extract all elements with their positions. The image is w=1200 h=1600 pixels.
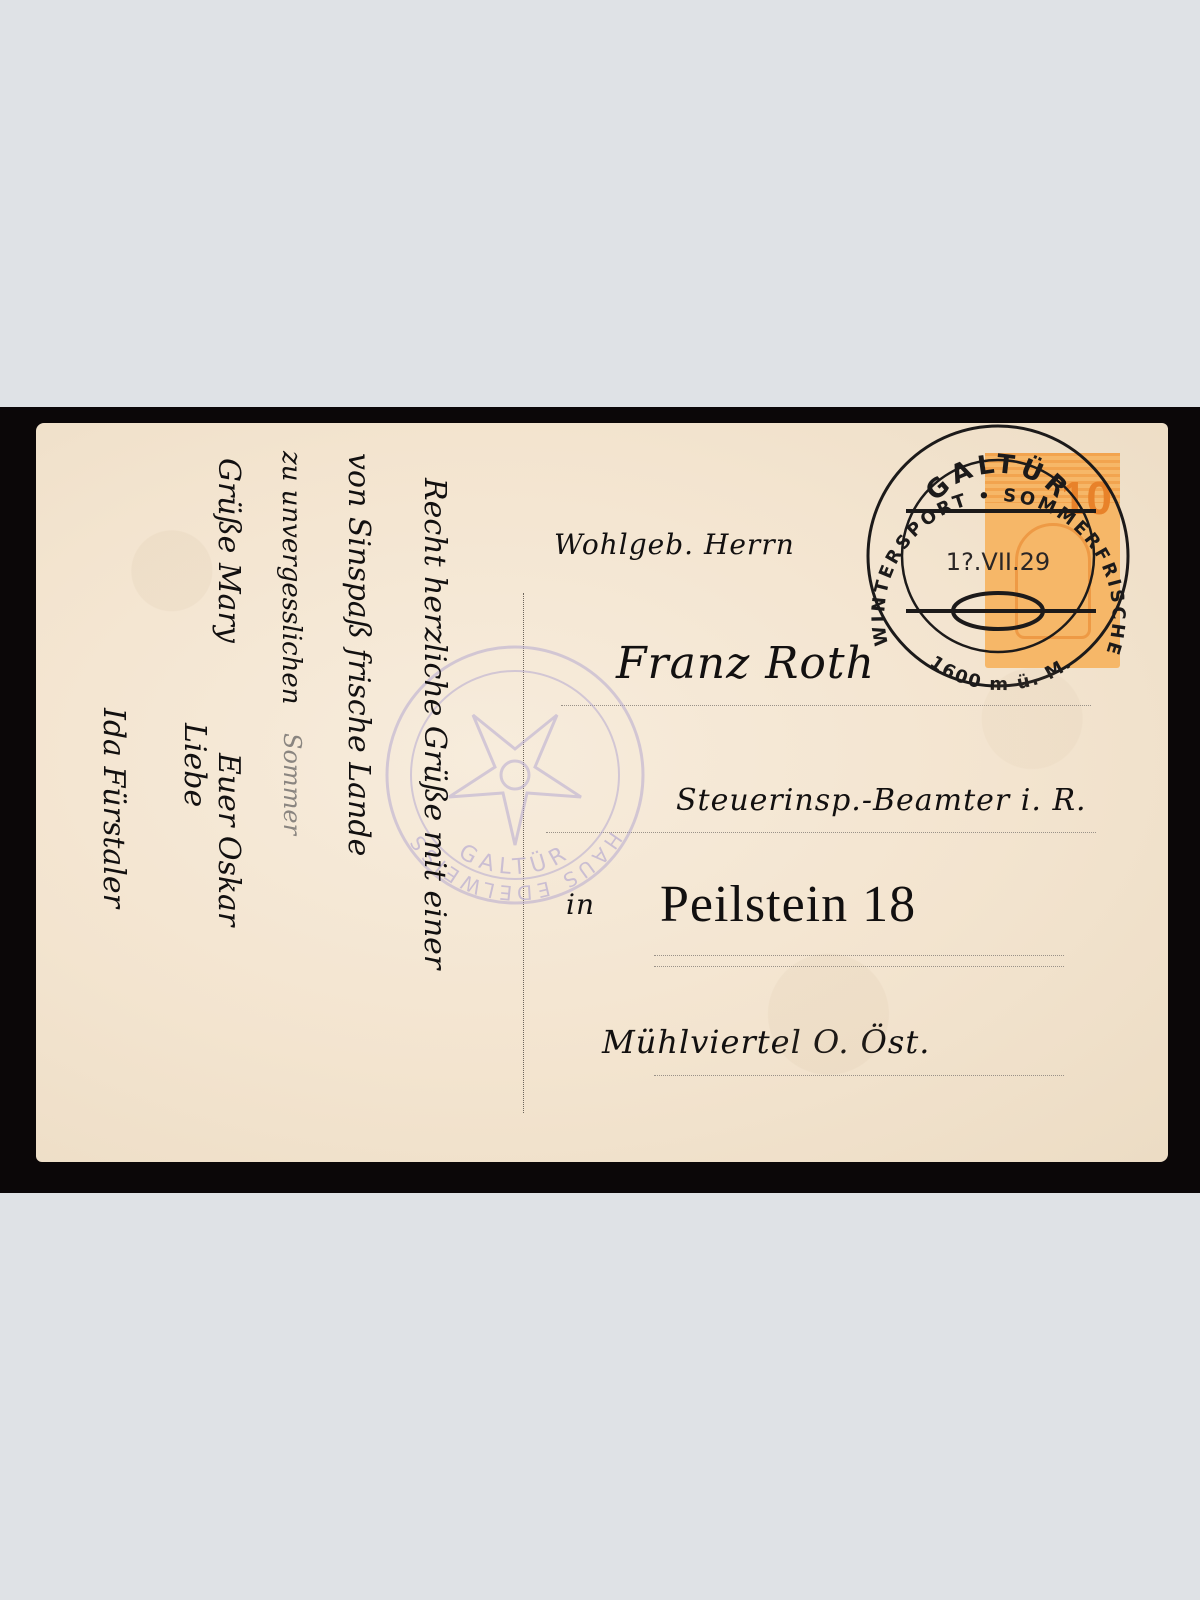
message-pencil-annotation: Sommer [278,733,306,835]
svg-text:1600 m ü. M.: 1600 m ü. M. [926,652,1077,695]
svg-text:1?.VII.29: 1?.VII.29 [946,548,1050,576]
address-salutation: Wohlgeb. Herrn [554,528,795,561]
message-line-6: Liebe [177,723,212,807]
message-signature: Ida Fürstaler [96,708,131,908]
address-town: Peilstein 18 [660,875,916,934]
message-line-2: von Sinspaß frische Lande [341,453,376,856]
address-prefix: in [566,888,595,921]
postcard: GALTÜR HAUS EDELWEISS 10 WINTERSPORT • S… [36,423,1168,1162]
address-name: Franz Roth [616,638,875,689]
address-region: Mühlviertel O. Öst. [602,1023,930,1061]
message-line-1: Recht herzliche Grüße mit einer [417,478,452,969]
message-line-3: zu unvergesslichen [276,451,306,705]
message-line-5: Euer Oskar [211,753,246,926]
address-title: Steuerinsp.-Beamter i. R. [676,783,1087,818]
message-line-4: Grüße Mary [211,458,246,643]
